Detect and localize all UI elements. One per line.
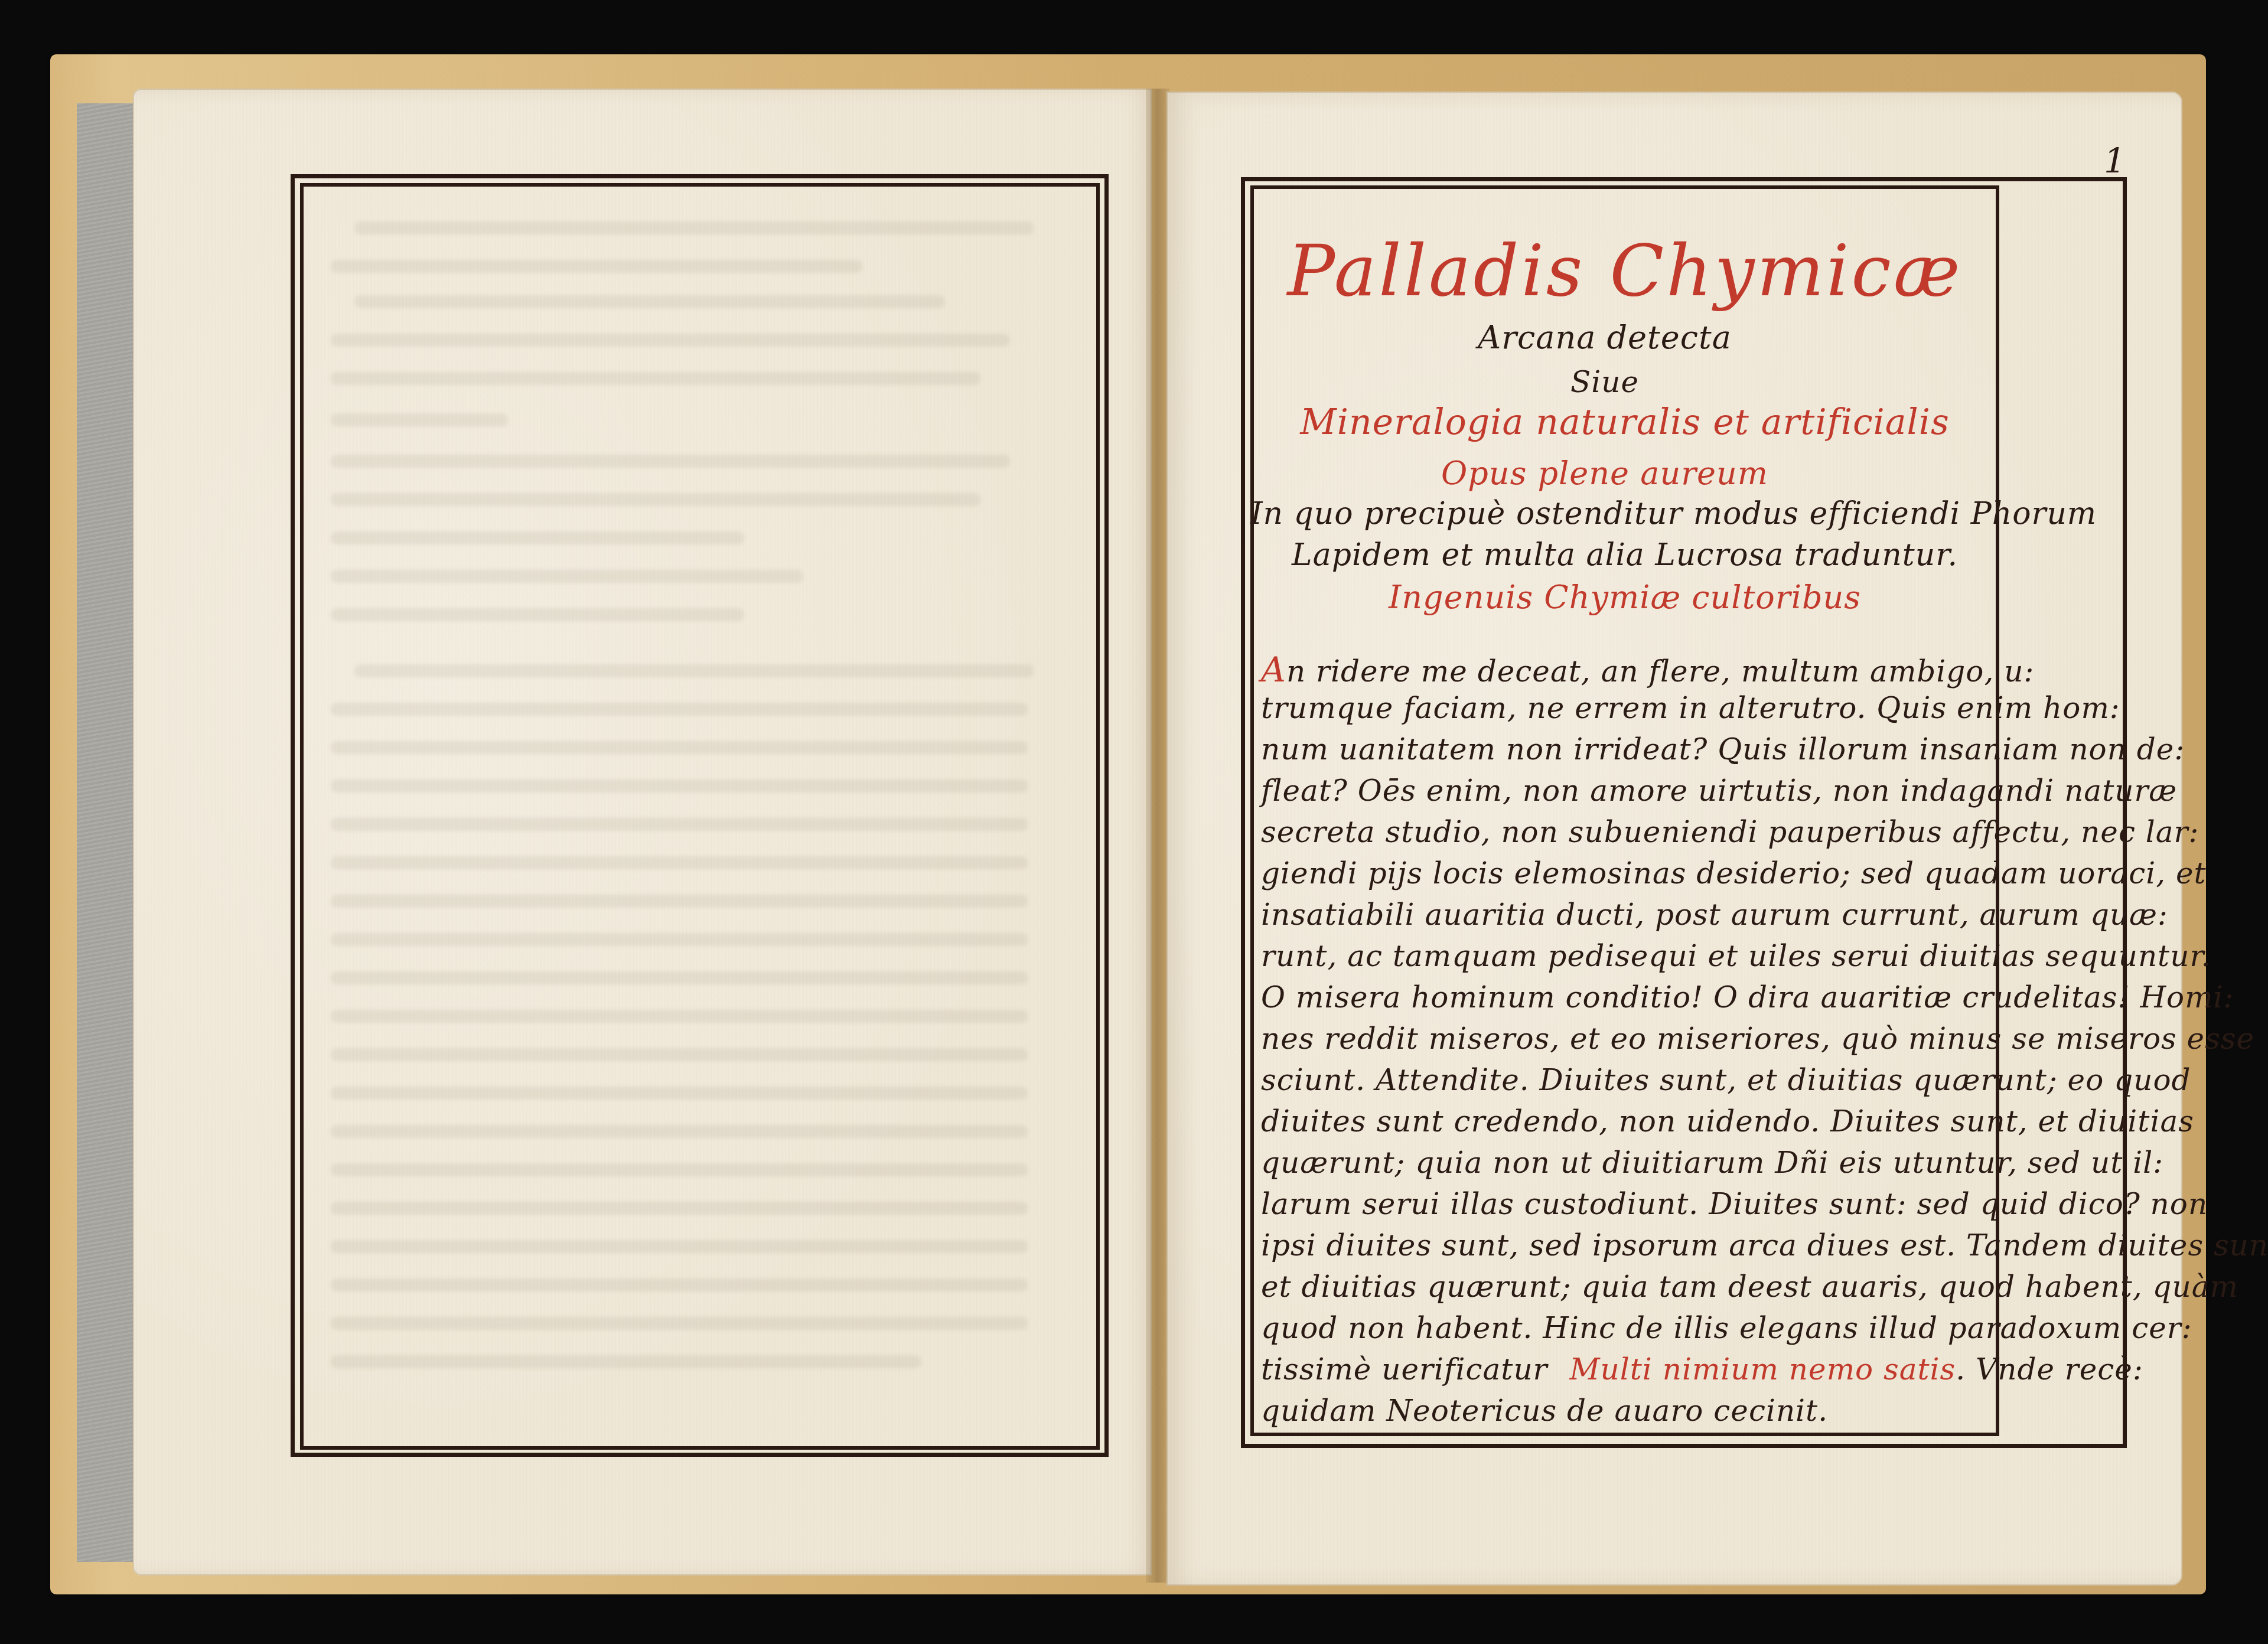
rubric-quote: Multi nimium nemo satis [1569,1352,1956,1387]
page-number: 1 [2104,141,2126,181]
title-line-palladis-chymicae: Palladis Chymicæ [1250,230,1999,312]
body-line: trumque faciam, ne errem in alterutro. Q… [1261,691,2120,725]
body-line: An ridere me deceat, an flere, multum am… [1261,650,2034,690]
title-line-siue: Siue [1250,365,1959,399]
body-line: insatiabili auaritia ducti, post aurum c… [1261,898,2168,932]
body-line: diuites sunt credendo, non uidendo. Diui… [1261,1104,2194,1139]
body-line: quidam Neotericus de auaro cecinit. [1261,1394,1828,1428]
title-line-dedication: Ingenuis Chymiæ cultoribus [1250,579,1999,616]
body-line: O misera hominum conditio! O dira auarit… [1261,980,2234,1015]
title-line-lapidem: Lapidem et multa alia Lucrosa traduntur. [1250,537,1999,573]
body-line: num uanitatem non irrideat? Quis illorum… [1261,732,2185,766]
body-line: sciunt. Attendite. Diuites sunt, et diui… [1261,1063,2191,1097]
title-line-arcana-detecta: Arcana detecta [1250,319,1959,356]
body-line: quod non habent. Hinc de illis elegans i… [1261,1311,2192,1345]
grey-pastedown-strip [77,103,133,1562]
body-line: secreta studio, non subueniendi pauperib… [1261,815,2199,849]
red-initial-letter: A [1261,650,1286,690]
book-gutter [1146,89,1169,1583]
body-line: giendi pijs locis elemosinas desiderio; … [1261,856,2207,891]
body-line: nes reddit miseros, et eo miseriores, qu… [1261,1022,2254,1056]
body-line: runt, ac tamquam pedisequi et uiles seru… [1261,939,2211,973]
body-line: larum serui illas custodiunt. Diuites su… [1261,1187,2208,1221]
title-line-opus-plene-aureum: Opus plene aureum [1250,455,1959,492]
title-line-mineralogia: Mineralogia naturalis et artificialis [1250,402,1999,443]
title-line-in-quo: In quo precipuè ostenditur modus efficie… [1250,496,1999,531]
body-line: ipsi diuites sunt, sed ipsorum arca diue… [1261,1228,2268,1263]
body-line: tissimè uerificatur Multi nimium nemo sa… [1261,1352,2143,1387]
body-line: quærunt; quia non ut diuitiarum Dñi eis … [1261,1146,2163,1180]
body-line: fleat? Oēs enim, non amore uirtutis, non… [1261,774,2177,808]
body-line: et diuitias quærunt; quia tam deest auar… [1261,1270,2238,1304]
